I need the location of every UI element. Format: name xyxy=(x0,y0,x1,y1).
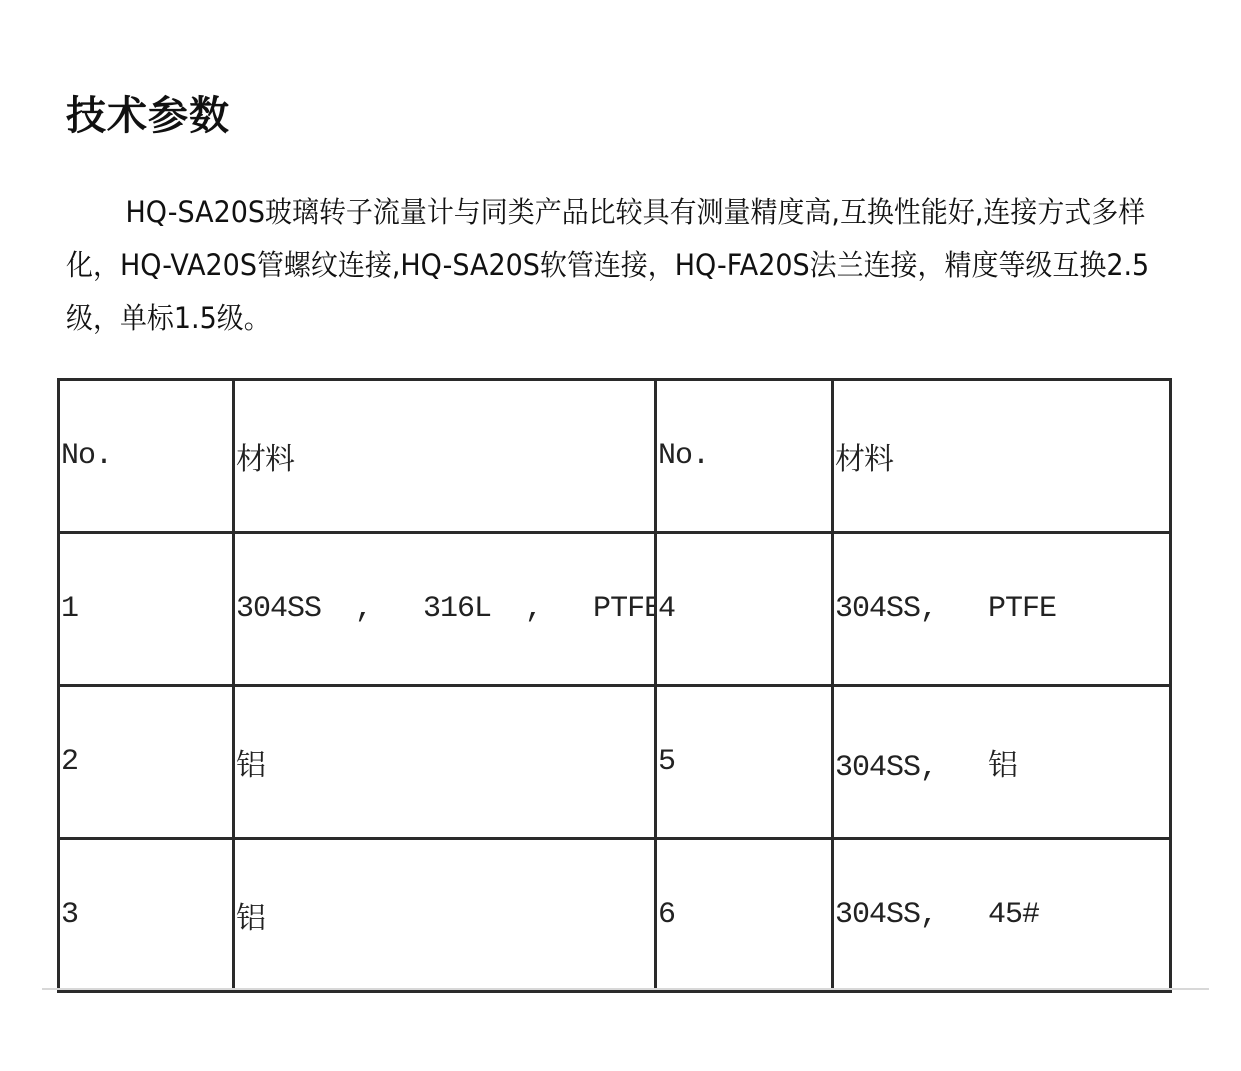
cell-no: 2 xyxy=(59,686,234,839)
cell-material: 304SS, 铝 xyxy=(833,686,1171,839)
header-material-left: 材料 xyxy=(234,380,656,533)
material-spec-table: No. 材料 No. 材料 1 304SS , 316L , PTFE 4 30… xyxy=(57,378,1172,993)
cell-no: 5 xyxy=(656,686,833,839)
header-material-right: 材料 xyxy=(833,380,1171,533)
cell-material: 铝 xyxy=(234,686,656,839)
header-no-left: No. xyxy=(59,380,234,533)
cell-no: 3 xyxy=(59,839,234,992)
header-no-right: No. xyxy=(656,380,833,533)
cell-no: 1 xyxy=(59,533,234,686)
cell-material: 304SS, PTFE xyxy=(833,533,1171,686)
table-row: 2 铝 5 304SS, 铝 xyxy=(59,686,1171,839)
bottom-divider xyxy=(42,988,1209,990)
cell-material: 304SS, 45# xyxy=(833,839,1171,992)
table-header-row: No. 材料 No. 材料 xyxy=(59,380,1171,533)
intro-paragraph: HQ-SA20S玻璃转子流量计与同类产品比较具有测量精度高,互换性能好,连接方式… xyxy=(66,186,1187,345)
cell-no: 6 xyxy=(656,839,833,992)
table-row: 1 304SS , 316L , PTFE 4 304SS, PTFE xyxy=(59,533,1171,686)
cell-no: 4 xyxy=(656,533,833,686)
cell-material: 304SS , 316L , PTFE xyxy=(234,533,656,686)
table-row: 3 铝 6 304SS, 45# xyxy=(59,839,1171,992)
page-title: 技术参数 xyxy=(66,90,230,142)
cell-material: 铝 xyxy=(234,839,656,992)
